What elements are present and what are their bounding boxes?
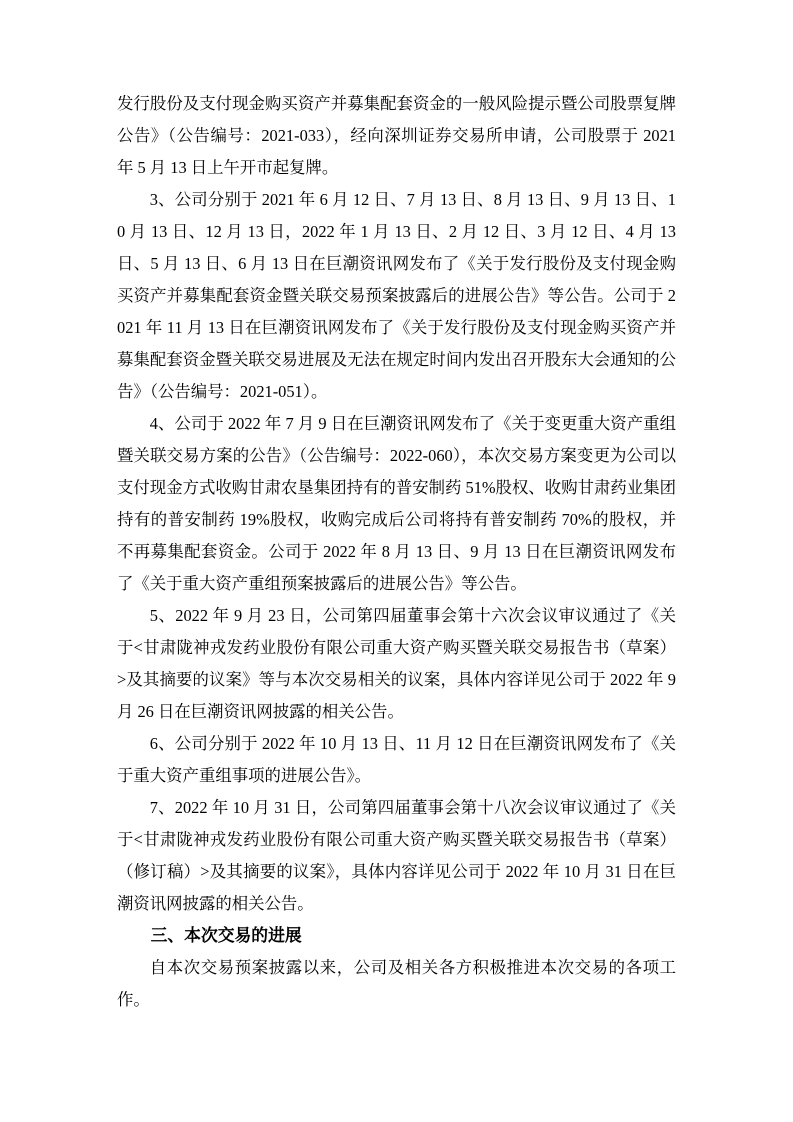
section-heading-transaction-progress: 三、本次交易的进展 [117, 920, 676, 952]
paragraph-item-6-progress-notice: 6、公司分别于 2022 年 10 月 13 日、11 月 12 日在巨潮资讯网… [117, 728, 676, 792]
document-page: 发行股份及支付现金购买资产并募集配套资金的一般风险提示暨公司股票复牌公告》（公告… [0, 0, 793, 1122]
document-body: 发行股份及支付现金购买资产并募集配套资金的一般风险提示暨公司股票复牌公告》（公告… [117, 88, 676, 1016]
paragraph-resumption-continuation: 发行股份及支付现金购买资产并募集配套资金的一般风险提示暨公司股票复牌公告》（公告… [117, 88, 676, 184]
paragraph-item-5-board-16th-meeting: 5、2022 年 9 月 23 日，公司第四届董事会第十六次会议审议通过了《关于… [117, 600, 676, 728]
paragraph-item-4-plan-change: 4、公司于 2022 年 7 月 9 日在巨潮资讯网发布了《关于变更重大资产重组… [117, 408, 676, 600]
paragraph-transaction-progress-intro: 自本次交易预案披露以来，公司及相关各方积极推进本次交易的各项工作。 [117, 952, 676, 1016]
paragraph-item-3-progress-announcements: 3、公司分别于 2021 年 6 月 12 日、7 月 13 日、8 月 13 … [117, 184, 676, 408]
paragraph-item-7-board-18th-meeting: 7、2022 年 10 月 31 日，公司第四届董事会第十八次会议审议通过了《关… [117, 792, 676, 920]
